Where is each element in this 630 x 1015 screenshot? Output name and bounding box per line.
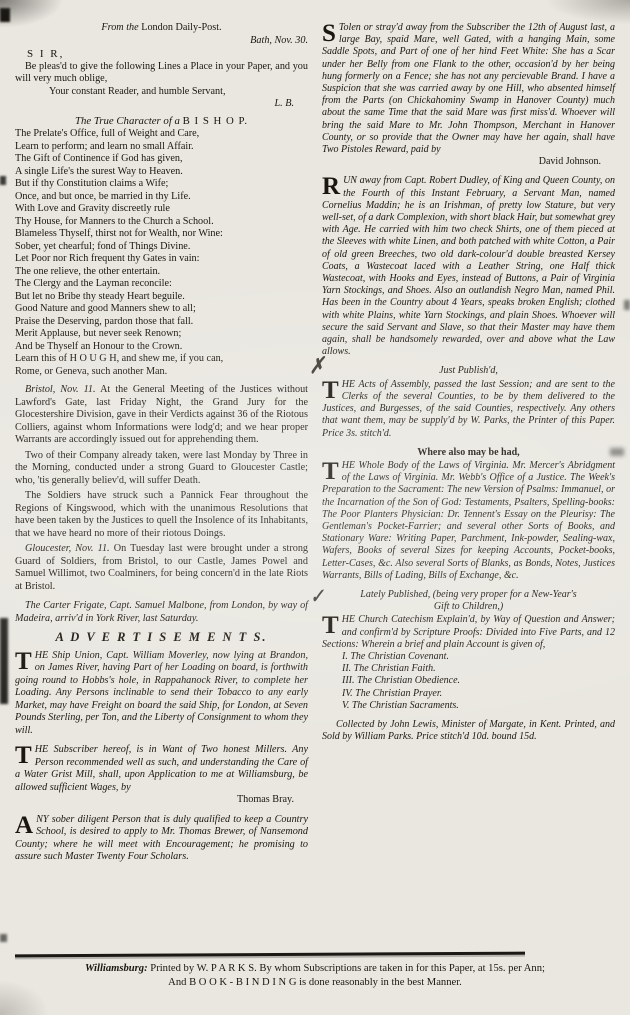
ad-stolen-mare: STolen or stray'd away from the Subscrib…: [322, 22, 615, 168]
where-also-heading: Where also may be had,: [322, 447, 615, 459]
letter-closing: Your constant Reader, and humble Servant…: [49, 86, 308, 99]
ad-text: HE Subscriber hereof, is in Want of Two …: [15, 744, 308, 793]
poem-title-caps: B I S H O P.: [183, 115, 248, 127]
ad-text: Tolen or stray'd away from the Subscribe…: [322, 22, 615, 155]
letter-body: Be pleas'd to give the following Lines a…: [15, 61, 308, 86]
news-dateline: Bristol, Nov. 11.: [25, 384, 96, 395]
dateline: From the London Daily-Post.: [15, 22, 308, 35]
ad-ship-union: THE Ship Union, Capt. William Moverley, …: [15, 650, 308, 738]
notice-just-published: ✗ Just Publish'd, THE Acts of Assembly, …: [322, 365, 615, 439]
ad-text: NY sober diligent Person that is duly qu…: [15, 814, 308, 863]
drop-cap: R: [322, 175, 343, 197]
news-paragraph-bristol: Bristol, Nov. 11. At the General Meeting…: [15, 384, 308, 447]
imprint-line2: And B O O K - B I N D I N G is done reas…: [15, 976, 615, 990]
dateline-prefix: From the: [101, 22, 138, 33]
scan-artifact: [0, 934, 7, 942]
letter-salutation: S I R,: [27, 48, 308, 61]
notice-text: HE Whole Body of the Laws of Virginia. M…: [322, 460, 615, 581]
ad-millers-wanted: THE Subscriber hereof, is in Want of Two…: [15, 744, 308, 807]
drop-cap: T: [15, 650, 35, 672]
drop-cap: T: [322, 614, 342, 636]
drop-cap: T: [15, 744, 35, 766]
right-column: STolen or stray'd away from the Subscrib…: [322, 22, 615, 871]
letter-signature: L. B.: [15, 98, 294, 111]
catechism-item: IV. The Christian Prayer.: [322, 688, 615, 700]
footer-rule: [15, 952, 525, 958]
drop-cap: A: [15, 814, 36, 836]
catechism-item: II. The Christian Faith.: [322, 663, 615, 675]
columns-container: From the London Daily-Post. Bath, Nov. 3…: [15, 22, 615, 871]
scan-artifact: [0, 176, 6, 185]
notice-text: HE Church Catechism Explain'd, by Way of…: [322, 614, 615, 649]
dateline-source: London Daily-Post.: [141, 22, 221, 33]
news-paragraph-gloucester: Gloucester, Nov. 11. On Tuesday last wer…: [15, 543, 308, 593]
drop-cap: T: [322, 379, 342, 401]
catechism-item: V. The Christian Sacraments.: [322, 700, 615, 712]
ad-text: UN away from Capt. Robert Dudley, of Kin…: [322, 175, 615, 357]
imprint-text1: Printed by W. P A R K S. By whom Subscri…: [150, 963, 545, 974]
poem-body: The Prelate's Office, full of Weight and…: [15, 128, 308, 378]
handwritten-check-mark-icon: ✓: [310, 589, 325, 604]
poem-title: The True Character of a B I S H O P.: [15, 115, 308, 128]
handwritten-x-mark-icon: ✗: [309, 360, 325, 376]
drop-cap: T: [322, 460, 342, 482]
scan-artifact: [0, 8, 10, 22]
footer-imprint: Williamsburg: Printed by W. P A R K S. B…: [15, 962, 615, 990]
ad-signature: David Johnson.: [322, 156, 601, 168]
ad-signature: Thomas Bray.: [15, 794, 294, 807]
newspaper-page: From the London Daily-Post. Bath, Nov. 3…: [0, 0, 630, 1015]
ad-country-school: ANY sober diligent Person that is duly q…: [15, 814, 308, 864]
dateline-place-date: Bath, Nov. 30.: [15, 35, 308, 48]
drop-cap: S: [322, 22, 339, 44]
notice-text: HE Acts of Assembly, passed the last Ses…: [322, 379, 615, 439]
ad-text: HE Ship Union, Capt. William Moverley, n…: [15, 650, 308, 736]
just-published-heading: Just Publish'd,: [322, 365, 615, 377]
catechism-item: I. The Christian Covenant.: [322, 651, 615, 663]
scan-artifact: [624, 300, 630, 310]
imprint-place: Williamsburg:: [85, 963, 148, 974]
news-paragraph: Two of their Company already taken, were…: [15, 450, 308, 488]
poem-title-italic: The True Character of a: [75, 115, 180, 127]
lately-published-heading-line2: Gift to Children,): [322, 601, 615, 613]
notice-where-also: Where also may be had, THE Whole Body of…: [322, 447, 615, 582]
lately-published-heading-line1: Lately Published, (being very proper for…: [322, 589, 615, 601]
advertisements-heading: A D V E R T I S E M E N T S.: [15, 631, 308, 644]
scan-artifact: [0, 618, 8, 704]
left-column: From the London Daily-Post. Bath, Nov. 3…: [15, 22, 308, 871]
catechism-colophon: Collected by John Lewis, Minister of Mar…: [322, 719, 615, 743]
shipping-notice: The Carter Frigate, Capt. Samuel Malbone…: [15, 600, 308, 625]
notice-catechism: ✓ Lately Published, (being very proper f…: [322, 589, 615, 743]
catechism-item: III. The Christian Obedience.: [322, 675, 615, 687]
news-paragraph: The Soldiers have struck such a Pannick …: [15, 490, 308, 540]
ad-runaway-servant: RUN away from Capt. Robert Dudley, of Ki…: [322, 175, 615, 358]
news-dateline: Gloucester, Nov. 11.: [25, 543, 110, 554]
imprint-line1: Williamsburg: Printed by W. P A R K S. B…: [15, 962, 615, 976]
